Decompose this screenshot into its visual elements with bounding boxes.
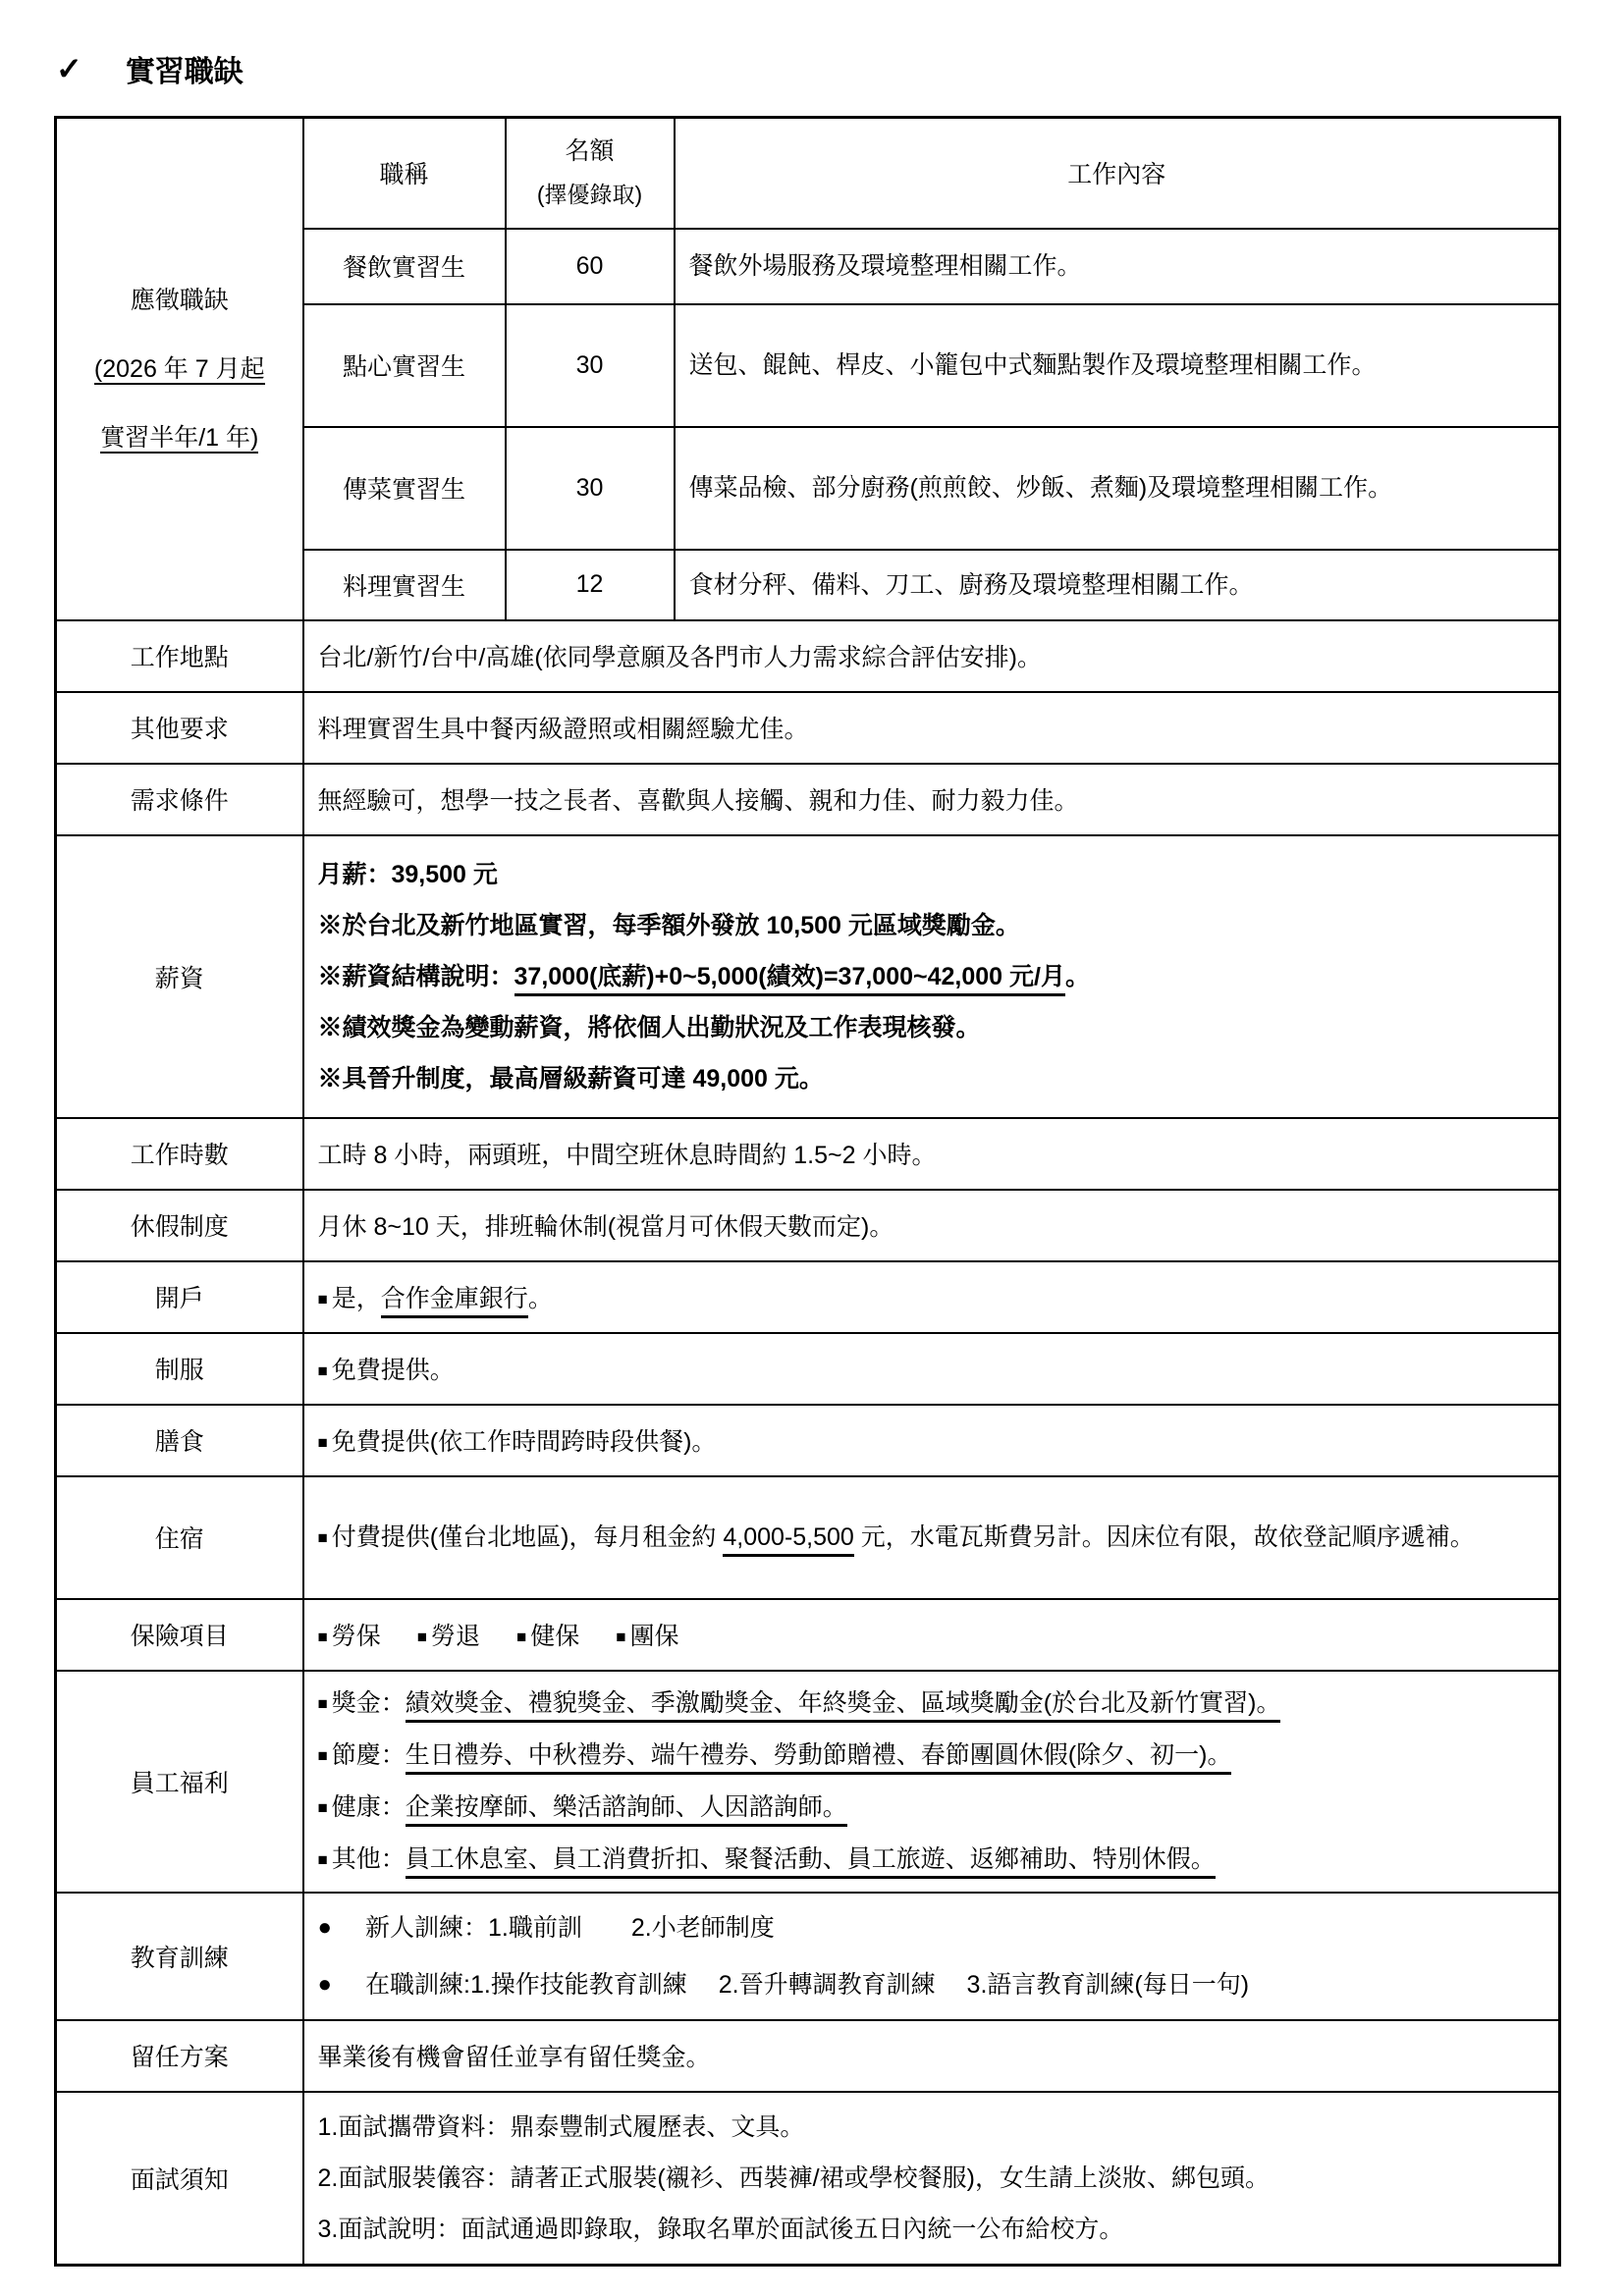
row-uniform: 制服 ■免費提供。 bbox=[56, 1333, 1560, 1405]
job-title: 點心實習生 bbox=[303, 304, 506, 427]
row-salary: 薪資 月薪：39,500 元 ※於台北及新竹地區實習，每季額外發放 10,500… bbox=[56, 835, 1560, 1118]
row-insurance: 保險項目 ■勞保 ■勞退 ■健保 ■團保 bbox=[56, 1599, 1560, 1671]
square-bullet-icon: ■ bbox=[318, 1694, 328, 1713]
interview-note-1: 1.面試攜帶資料：鼎泰豐制式履歷表、文具。 bbox=[318, 2102, 1545, 2153]
row-value: 月休 8~10 天，排班輪休制(視當月可休假天數而定)。 bbox=[303, 1190, 1560, 1261]
row-label: 其他要求 bbox=[56, 692, 303, 764]
row-value: ■獎金：績效獎金、禮貌獎金、季激勵獎金、年終獎金、區域獎勵金(於台北及新竹實習)… bbox=[303, 1671, 1560, 1893]
row-label: 薪資 bbox=[56, 835, 303, 1118]
document-title: ✓ 實習職缺 bbox=[56, 47, 1624, 90]
insurance-item: ■勞退 bbox=[417, 1623, 480, 1650]
page-title: 實習職缺 bbox=[126, 47, 244, 90]
interview-note-3: 3.面試說明：面試通過即錄取，錄取名單於面試後五日內統一公布給校方。 bbox=[318, 2204, 1545, 2255]
square-bullet-icon: ■ bbox=[616, 1628, 625, 1646]
row-candidate-requirements: 需求條件 無經驗可，想學一技之長者、喜歡與人接觸、親和力佳、耐力毅力佳。 bbox=[56, 764, 1560, 835]
row-value: ■是，合作金庫銀行。 bbox=[303, 1261, 1560, 1333]
vacancy-label-line1: 應徵職缺 bbox=[61, 266, 298, 335]
checkmark-icon: ✓ bbox=[56, 50, 82, 87]
row-value: 台北/新竹/台中/高雄(依同學意願及各門市人力需求綜合評估安排)。 bbox=[303, 620, 1560, 692]
training-newcomer-line: ●新人訓練：1.職前訓 2.小老師制度 bbox=[318, 1899, 1545, 1956]
row-label: 住宿 bbox=[56, 1476, 303, 1599]
internship-table: 應徵職缺 (2026 年 7 月起 實習半年/1 年) 職稱 名額 (擇優錄取)… bbox=[54, 116, 1561, 2267]
row-label: 工作地點 bbox=[56, 620, 303, 692]
job-content: 送包、餛飩、桿皮、小籠包中式麵點製作及環境整理相關工作。 bbox=[675, 304, 1560, 427]
row-value: 無經驗可，想學一技之長者、喜歡與人接觸、親和力佳、耐力毅力佳。 bbox=[303, 764, 1560, 835]
row-education-training: 教育訓練 ●新人訓練：1.職前訓 2.小老師制度 ●在職訓練:1.操作技能教育訓… bbox=[56, 1893, 1560, 2020]
job-title: 餐飲實習生 bbox=[303, 229, 506, 304]
row-interview-notes: 面試須知 1.面試攜帶資料：鼎泰豐制式履歷表、文具。 2.面試服裝儀容：請著正式… bbox=[56, 2092, 1560, 2266]
row-value: 畢業後有機會留任並享有留任獎金。 bbox=[303, 2020, 1560, 2092]
column-header-job-content: 工作內容 bbox=[675, 118, 1560, 229]
column-header-job-title: 職稱 bbox=[303, 118, 506, 229]
row-employee-welfare: 員工福利 ■獎金：績效獎金、禮貌獎金、季激勵獎金、年終獎金、區域獎勵金(於台北及… bbox=[56, 1671, 1560, 1893]
square-bullet-icon: ■ bbox=[318, 1628, 328, 1646]
row-label: 保險項目 bbox=[56, 1599, 303, 1671]
square-bullet-icon: ■ bbox=[318, 1528, 328, 1547]
insurance-item: ■團保 bbox=[616, 1623, 678, 1650]
welfare-other-line: ■其他：員工休息室、員工消費折扣、聚餐活動、員工旅遊、返鄉補助、特別休假。 bbox=[318, 1834, 1545, 1886]
row-label: 留任方案 bbox=[56, 2020, 303, 2092]
insurance-item: ■勞保 bbox=[318, 1623, 381, 1650]
salary-performance-note: ※績效獎金為變動薪資，將依個人出勤狀況及工作表現核發。 bbox=[318, 1002, 1545, 1053]
insurance-item: ■健保 bbox=[516, 1623, 579, 1650]
column-header-quota: 名額 (擇優錄取) bbox=[506, 118, 675, 229]
row-value: ■付費提供(僅台北地區)，每月租金約 4,000-5,500 元，水電瓦斯費另計… bbox=[303, 1476, 1560, 1599]
job-title: 傳菜實習生 bbox=[303, 427, 506, 550]
square-bullet-icon: ■ bbox=[516, 1628, 526, 1646]
row-value: ■免費提供。 bbox=[303, 1333, 1560, 1405]
row-value: 料理實習生具中餐丙級證照或相關經驗尤佳。 bbox=[303, 692, 1560, 764]
row-label: 休假制度 bbox=[56, 1190, 303, 1261]
vacancy-label-line2: (2026 年 7 月起 bbox=[61, 335, 298, 403]
salary-region-bonus: ※於台北及新竹地區實習，每季額外發放 10,500 元區域獎勵金。 bbox=[318, 900, 1545, 951]
document-page: ✓ 實習職缺 應徵職缺 (2026 年 7 月起 實習半年/1 年) 職稱 名額… bbox=[0, 0, 1624, 2267]
row-value: 1.面試攜帶資料：鼎泰豐制式履歷表、文具。 2.面試服裝儀容：請著正式服裝(襯衫… bbox=[303, 2092, 1560, 2266]
training-onjob-line: ●在職訓練:1.操作技能教育訓練 2.晉升轉調教育訓練 3.語言教育訓練(每日一… bbox=[318, 1956, 1545, 2013]
square-bullet-icon: ■ bbox=[318, 1746, 328, 1765]
salary-structure: ※薪資結構說明：37,000(底薪)+0~5,000(績效)=37,000~42… bbox=[318, 951, 1545, 1002]
row-holiday-system: 休假制度 月休 8~10 天，排班輪休制(視當月可休假天數而定)。 bbox=[56, 1190, 1560, 1261]
welfare-bonus-line: ■獎金：績效獎金、禮貌獎金、季激勵獎金、年終獎金、區域獎勵金(於台北及新竹實習)… bbox=[318, 1678, 1545, 1730]
row-dormitory: 住宿 ■付費提供(僅台北地區)，每月租金約 4,000-5,500 元，水電瓦斯… bbox=[56, 1476, 1560, 1599]
job-quota: 12 bbox=[506, 550, 675, 620]
row-label: 面試須知 bbox=[56, 2092, 303, 2266]
row-work-location: 工作地點 台北/新竹/台中/高雄(依同學意願及各門市人力需求綜合評估安排)。 bbox=[56, 620, 1560, 692]
vacancy-label-cell: 應徵職缺 (2026 年 7 月起 實習半年/1 年) bbox=[56, 118, 303, 620]
job-content: 食材分秤、備料、刀工、廚務及環境整理相關工作。 bbox=[675, 550, 1560, 620]
row-value: ■勞保 ■勞退 ■健保 ■團保 bbox=[303, 1599, 1560, 1671]
vacancy-label-line3: 實習半年/1 年) bbox=[61, 403, 298, 472]
square-bullet-icon: ■ bbox=[417, 1628, 427, 1646]
salary-monthly: 月薪：39,500 元 bbox=[318, 849, 1545, 900]
quota-header-line2: (擇優錄取) bbox=[520, 173, 660, 216]
job-quota: 30 bbox=[506, 304, 675, 427]
row-label: 教育訓練 bbox=[56, 1893, 303, 2020]
square-bullet-icon: ■ bbox=[318, 1362, 328, 1380]
row-label: 需求條件 bbox=[56, 764, 303, 835]
row-label: 開戶 bbox=[56, 1261, 303, 1333]
row-value: ■免費提供(依工作時間跨時段供餐)。 bbox=[303, 1405, 1560, 1476]
row-bank-account: 開戶 ■是，合作金庫銀行。 bbox=[56, 1261, 1560, 1333]
row-retention-plan: 留任方案 畢業後有機會留任並享有留任獎金。 bbox=[56, 2020, 1560, 2092]
square-bullet-icon: ■ bbox=[318, 1433, 328, 1452]
row-value: ●新人訓練：1.職前訓 2.小老師制度 ●在職訓練:1.操作技能教育訓練 2.晉… bbox=[303, 1893, 1560, 2020]
job-title: 料理實習生 bbox=[303, 550, 506, 620]
row-working-hours: 工作時數 工時 8 小時，兩頭班，中間空班休息時間約 1.5~2 小時。 bbox=[56, 1118, 1560, 1190]
job-content: 餐飲外場服務及環境整理相關工作。 bbox=[675, 229, 1560, 304]
table-header-row: 應徵職缺 (2026 年 7 月起 實習半年/1 年) 職稱 名額 (擇優錄取)… bbox=[56, 118, 1560, 229]
welfare-festival-line: ■節慶：生日禮券、中秋禮券、端午禮券、勞動節贈禮、春節團圓休假(除夕、初一)。 bbox=[318, 1730, 1545, 1782]
salary-promotion-note: ※具晉升制度，最高層級薪資可達 49,000 元。 bbox=[318, 1053, 1545, 1104]
row-value: 月薪：39,500 元 ※於台北及新竹地區實習，每季額外發放 10,500 元區… bbox=[303, 835, 1560, 1118]
quota-header-line1: 名額 bbox=[520, 130, 660, 173]
row-meals: 膳食 ■免費提供(依工作時間跨時段供餐)。 bbox=[56, 1405, 1560, 1476]
interview-note-2: 2.面試服裝儀容：請著正式服裝(襯衫、西裝褲/裙或學校餐服)，女生請上淡妝、綁包… bbox=[318, 2153, 1545, 2204]
row-label: 員工福利 bbox=[56, 1671, 303, 1893]
row-label: 制服 bbox=[56, 1333, 303, 1405]
row-label: 膳食 bbox=[56, 1405, 303, 1476]
circle-bullet-icon: ● bbox=[318, 1914, 333, 1941]
square-bullet-icon: ■ bbox=[318, 1850, 328, 1869]
row-value: 工時 8 小時，兩頭班，中間空班休息時間約 1.5~2 小時。 bbox=[303, 1118, 1560, 1190]
circle-bullet-icon: ● bbox=[318, 1971, 333, 1998]
square-bullet-icon: ■ bbox=[318, 1798, 328, 1817]
job-content: 傳菜品檢、部分廚務(煎煎餃、炒飯、煮麵)及環境整理相關工作。 bbox=[675, 427, 1560, 550]
welfare-health-line: ■健康：企業按摩師、樂活諮詢師、人因諮詢師。 bbox=[318, 1782, 1545, 1834]
row-other-requirements: 其他要求 料理實習生具中餐丙級證照或相關經驗尤佳。 bbox=[56, 692, 1560, 764]
square-bullet-icon: ■ bbox=[318, 1290, 328, 1308]
job-quota: 60 bbox=[506, 229, 675, 304]
job-quota: 30 bbox=[506, 427, 675, 550]
row-label: 工作時數 bbox=[56, 1118, 303, 1190]
